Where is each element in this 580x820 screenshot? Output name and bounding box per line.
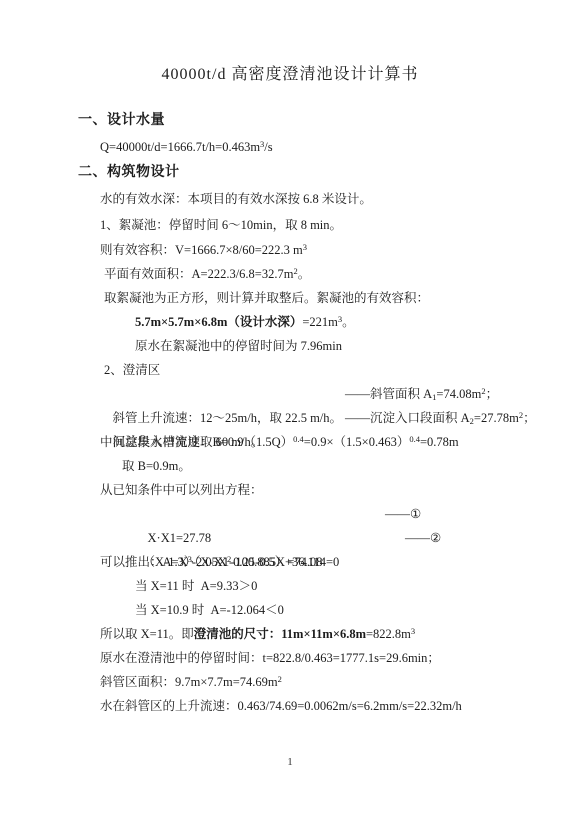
document-title: 40000t/d 高密度澄清池设计计算书 xyxy=(0,64,580,86)
line-trough-width: 中间总集水槽宽度：B=0.9（1.5Q）0.4=0.9×（1.5×0.463）0… xyxy=(0,430,580,454)
line-case-x109: 当 X=10.9 时 A=-12.064＜0 xyxy=(0,598,580,622)
line-plane-area: 平面有效面积：A=222.3/6.8=32.7m2。 xyxy=(0,262,580,286)
line-flocculation-size: 5.7m×5.7m×6.8m（设计水深）=221m3。 xyxy=(0,310,580,334)
line-case-x11: 当 X=11 时 A=9.33＞0 xyxy=(0,574,580,598)
inlet-area-note: ——沉淀入口段面积 A2=27.78m2； xyxy=(345,406,536,430)
line-square-note: 取絮凝池为正方形，则计算并取整后。絮凝池的有效容积： xyxy=(0,286,580,310)
line-design-flow: Q=40000t/d=1666.7t/h=0.463m3/s xyxy=(0,134,580,160)
line-derive: 可以推出：A=X3-2.05X2-100.885X+36.114=0 xyxy=(0,550,580,574)
line-inlet-velocity: 沉淀段入口流速取 60 m/h。 ——沉淀入口段面积 A2=27.78m2； xyxy=(0,406,580,430)
line-conclusion: 所以取 X=11。即澄清池的尺寸：11m×11m×6.8m=822.8m3 xyxy=(0,622,580,646)
line-clarifier-time: 原水在澄清池中的停留时间：t=822.8/0.463=1777.1s=29.6m… xyxy=(0,646,580,670)
line-flocculation-time: 原水在絮凝池中的停留时间为 7.96min xyxy=(0,334,580,358)
line-equation-1: X·X1=27.78 ——① xyxy=(0,502,580,526)
page-number: 1 xyxy=(0,756,580,768)
line-equation-2: （X-1.3）·（X-X1-0.25-0.5）=74.08 ——② xyxy=(0,526,580,550)
slant-area-note: ——斜管面积 A1=74.08m2； xyxy=(345,382,498,406)
line-flocculation-intro: 1、絮凝池：停留时间 6～10min，取 8 min。 xyxy=(0,212,580,238)
section-2-heading: 二、构筑物设计 xyxy=(0,160,580,186)
equation-2-marker: ——② xyxy=(405,526,441,550)
line-slant-zone-area: 斜管区面积：9.7m×7.7m=74.69m2 xyxy=(0,670,580,694)
document-page: 40000t/d 高密度澄清池设计计算书 一、设计水量 Q=40000t/d=1… xyxy=(0,0,580,820)
line-rise-velocity: 水在斜管区的上升流速：0.463/74.69=0.0062m/s=6.2mm/s… xyxy=(0,694,580,718)
line-effective-depth: 水的有效水深：本项目的有效水深按 6.8 米设计。 xyxy=(0,186,580,212)
line-clarifier-heading: 2、澄清区 xyxy=(0,358,580,382)
line-effective-volume: 则有效容积：V=1666.7×8/60=222.3 m3 xyxy=(0,238,580,262)
line-known-conditions: 从已知条件中可以列出方程： xyxy=(0,478,580,502)
equation-1-marker: ——① xyxy=(385,502,421,526)
section-1-heading: 一、设计水量 xyxy=(0,108,580,134)
line-slant-velocity: 斜管上升流速：12～25m/h，取 22.5 m/h。 ——斜管面积 A1=74… xyxy=(0,382,580,406)
line-take-b: 取 B=0.9m。 xyxy=(0,454,580,478)
